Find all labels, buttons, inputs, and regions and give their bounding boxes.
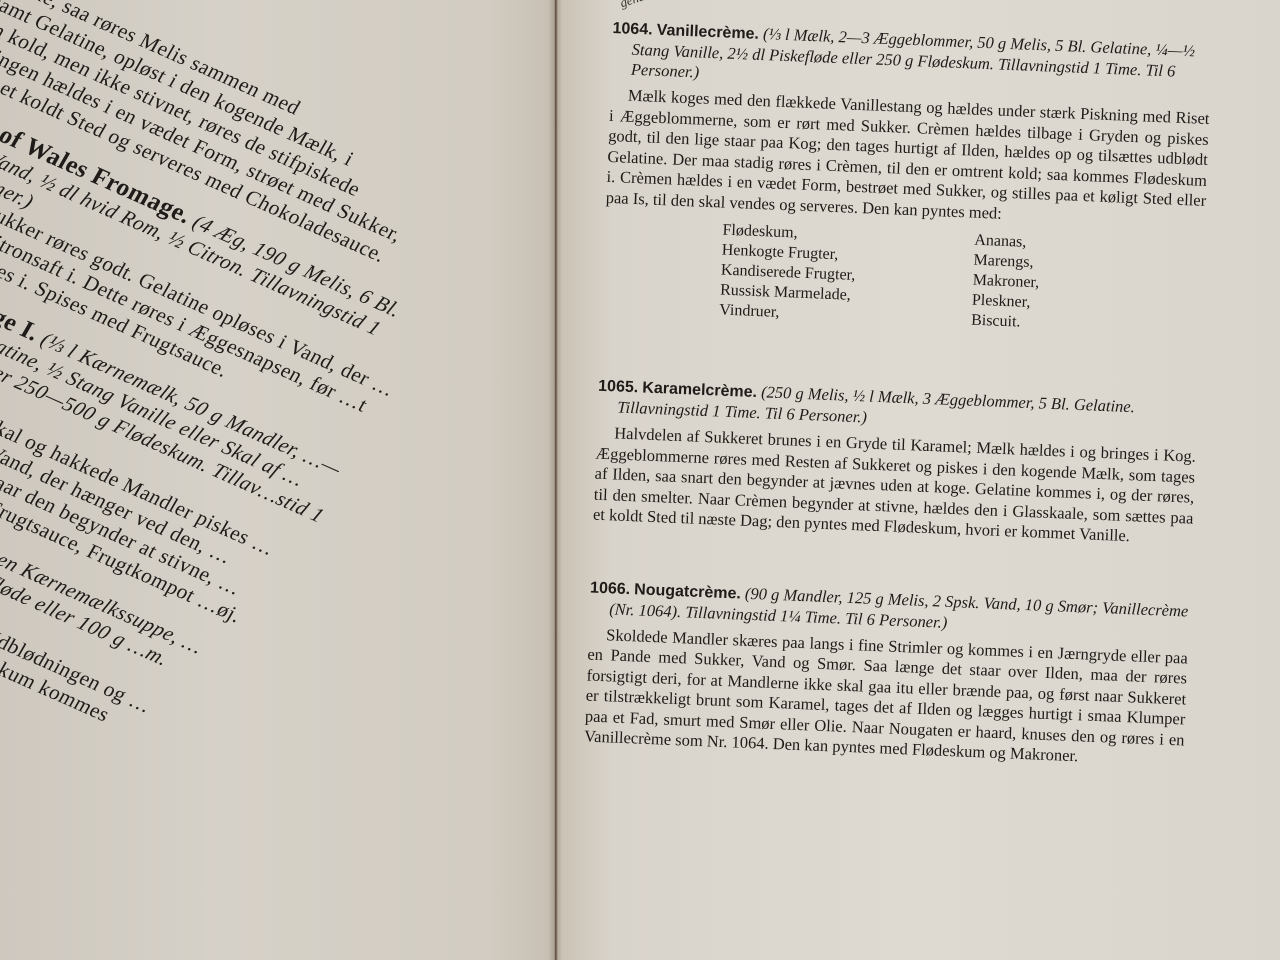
book-gutter	[548, 0, 562, 960]
right-page: 1064. Vanillecrème. (⅓ l Mælk, 2—3 Æggeb…	[555, 0, 1280, 960]
recipe-1064-vanillecreme: 1064. Vanillecrème. (⅓ l Mælk, 2—3 Æggeb…	[601, 18, 1212, 340]
recipe-title: Vanillecrème.	[656, 22, 759, 43]
recipe-title: Nougatcrème.	[634, 581, 741, 602]
recipe-title: Karamelcrème.	[642, 379, 757, 401]
recipe-1065-karamelcreme: 1065. Karamelcrème. (250 g Melis, ½ l Mæ…	[593, 376, 1199, 549]
left-page: …e er bløde, saa røres Melis sammen med …	[0, 0, 555, 960]
recipe-number: 1065.	[598, 378, 639, 397]
recipe-number: 1066.	[590, 579, 631, 598]
recipe-1066-nougatcreme: 1066. Nougatcrème. (90 g Mandler, 125 g …	[584, 577, 1190, 771]
recipe-number: 1064.	[612, 20, 653, 39]
garnish-list: Flødeskum, Ananas, Henkogte Frugter, Mar…	[719, 221, 1205, 340]
right-page-text-block: 1064. Vanillecrème. (⅓ l Mælk, 2—3 Æggeb…	[584, 18, 1213, 771]
recipe-body: Skoldede Mandler skæres paa langs i fine…	[584, 624, 1188, 771]
recipe-body: Mælk koges med den flækkede Vanillestang…	[605, 85, 1209, 232]
left-page-text-block: …e er bløde, saa røres Melis sammen med …	[0, 0, 517, 781]
